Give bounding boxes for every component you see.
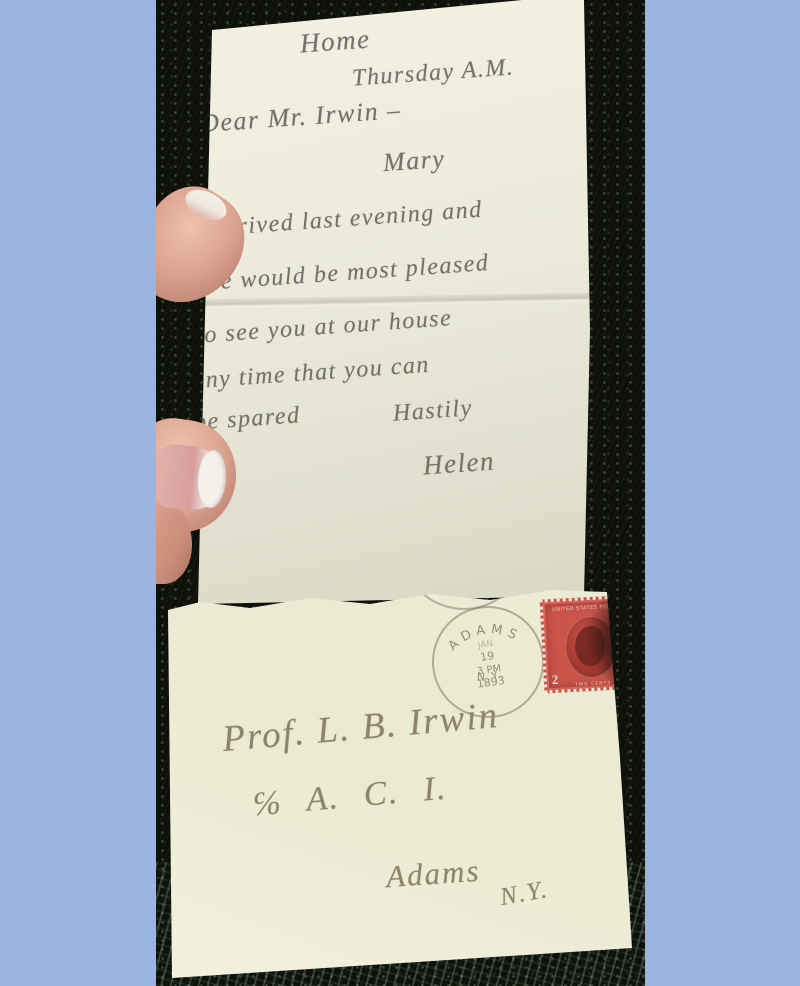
envelope-address-name: Prof. L. B. Irwin xyxy=(221,694,501,761)
photo-frame-left xyxy=(0,0,156,986)
postmark-day: 19 xyxy=(479,649,495,664)
letter-body-line: Mary xyxy=(382,144,446,178)
photo-of-letter-and-envelope: Home Thursday A.M. Dear Mr. Irwin – Mary… xyxy=(0,0,800,986)
letter-sheet: Home Thursday A.M. Dear Mr. Irwin – Mary… xyxy=(190,0,602,604)
letter-fold-crease xyxy=(190,292,602,309)
envelope-address-line2: ℅ A. C. I. xyxy=(251,770,449,825)
photo-frame-right xyxy=(645,0,800,986)
letter-body-line: arrived last evening and xyxy=(212,197,483,243)
envelope-address-state: N.Y. xyxy=(498,876,551,912)
letter-closing: Hastily xyxy=(392,395,474,428)
letter-signature: Helen xyxy=(422,446,496,482)
envelope-address-city: Adams xyxy=(385,853,482,895)
letter-body-line: we would be most pleased xyxy=(202,250,490,297)
letter-body-line: any time that you can xyxy=(191,352,430,396)
envelope: N.Y ADAMS JAN 19 3 PM 1893 N.Y. UNITED S… xyxy=(160,578,638,986)
letter-heading-date: Thursday A.M. xyxy=(351,54,515,92)
letter-body-line: to see you at our house xyxy=(195,305,453,350)
letter-heading-place: Home xyxy=(299,24,371,60)
letter-salutation: Dear Mr. Irwin – xyxy=(199,95,402,139)
